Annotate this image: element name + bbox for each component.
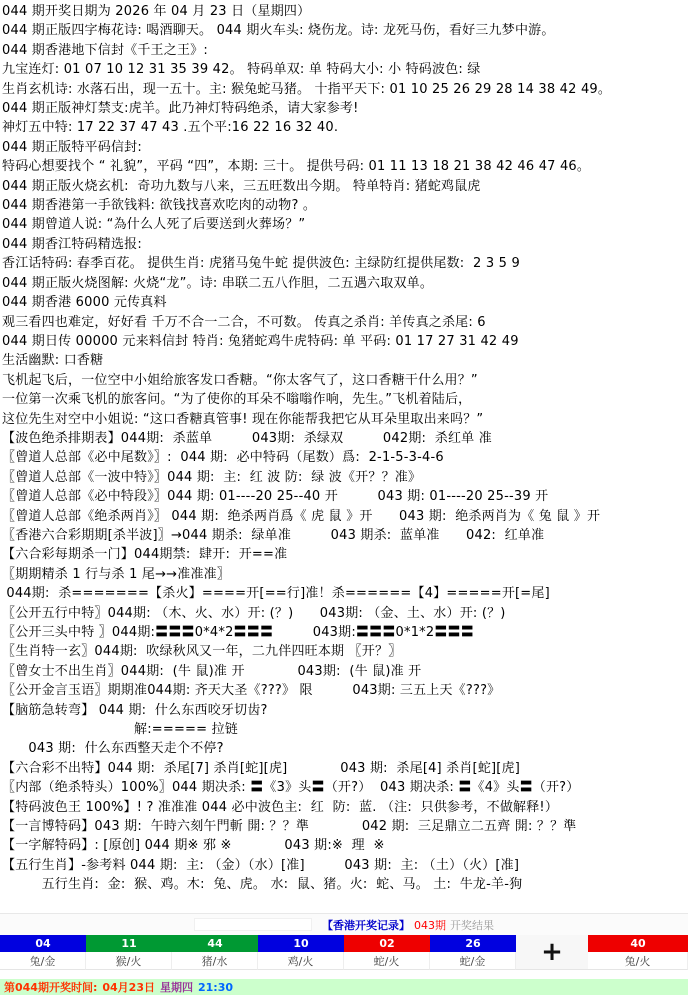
text-line: 044 期正版火烧玄机: 奇功九数与八来，三五旺数出今期。 特单特肖: 猪蛇鸡鼠…: [2, 177, 688, 196]
text-line: 一位第一次乘飞机的旅客问。“为了使你的耳朵不嗡嗡作响，先生。”飞机着陆后，: [2, 390, 688, 409]
text-line: 044 期曾道人说: “為什么人死了后要送到火葬场？”: [2, 215, 688, 234]
text-line: 〖内部（绝杀特头）100%〗044 期决杀: 〓《3》头〓（开?） 043 期决…: [2, 778, 688, 797]
text-line: 香江话特码: 春季百花。 提供生肖: 虎猪马兔牛蛇 提供波色: 主绿防红提供尾数…: [2, 254, 688, 273]
text-line: 〖曾道人总部《一波中特》〗044 期: 主: 红 波 防: 绿 波《开？？准》: [2, 468, 688, 487]
text-line: 〖曾道人总部《必中尾数》〗: 044 期: 必中特码（尾数）爲: 2-1-5-3…: [2, 448, 688, 467]
text-line: 〖曾道人总部《绝杀两肖》〗 044 期: 绝杀两肖爲《 虎 鼠 》开 043 期…: [2, 507, 688, 526]
text-line: 044期: 杀=======【杀火】====开[==行]准！杀======【4】…: [2, 584, 688, 603]
ball-number: 10: [258, 935, 344, 952]
status-bar: 第044期开奖时间: 04月23日 星期四 21:30: [0, 978, 688, 995]
ball-label: 蛇/金: [430, 952, 516, 970]
text-line: 五行生肖: 金: 猴、鸡。木: 兔、虎。 水: 鼠、猪。火: 蛇、马。 土: 牛…: [2, 875, 688, 894]
text-line: 【一字解特码】: [原创] 044 期※ 邪 ※ 043 期:※ 理 ※: [2, 836, 688, 855]
special-ball: 40兔/火: [588, 935, 688, 970]
blank-box: [194, 918, 312, 931]
text-line: 观三看四也难定，好好看 千万不合一二合，不可数。 传真之杀肖: 羊传真之杀尾: …: [2, 313, 688, 332]
ball-label: 鸡/火: [258, 952, 344, 970]
text-line: 【特码波色王 100%】! ? 准准准 044 必中波色主: 红 防: 蓝. （…: [2, 798, 688, 817]
text-block: 044 期开奖日期为 2026 年 04 月 23 日（星期四）044 期正版四…: [2, 2, 688, 895]
text-line: 043 期: 什么东西整天走个不停?: [2, 739, 688, 758]
text-line: 九宝连灯: 01 07 10 12 31 35 39 42。 特码单双: 单 特…: [2, 60, 688, 79]
draw-record-widget: 【香港开奖记录】 043期 开奖结果 04兔/金11猴/火44猪/水10鸡/火0…: [0, 913, 688, 970]
text-line: 〖公开五行中特〗044期: （木、火、水）开: (？) 043期: （金、土、水…: [2, 604, 688, 623]
text-line: 〖香港六合彩期期[杀半波]〗→044 期杀: 绿单准 043 期杀: 蓝单准 0…: [2, 526, 688, 545]
text-line: 【一言博特码】043 期: 午時六刻午門斬 開: ？？準 042 期: 三足鼎立…: [2, 817, 688, 836]
record-title-link[interactable]: 【香港开奖记录】: [322, 917, 410, 933]
text-line: 044 期香港第一手欲钱料: 欲钱找喜欢吃肉的动物? 。: [2, 196, 688, 215]
text-line: 044 期开奖日期为 2026 年 04 月 23 日（星期四）: [2, 2, 688, 21]
text-line: 这位先生对空中小姐说: “这口香糖真管事! 现在你能帮我把它从耳朵里取出来吗？”: [2, 410, 688, 429]
text-line: 【六合彩每期杀一门】044期禁: 肆开: 开==准: [2, 545, 688, 564]
ball-number: 04: [0, 935, 86, 952]
ball-number: 11: [86, 935, 172, 952]
ball-label: 猪/水: [172, 952, 258, 970]
draw-record-header: 【香港开奖记录】 043期 开奖结果: [0, 913, 688, 935]
lottery-tips-page: 044 期开奖日期为 2026 年 04 月 23 日（星期四）044 期正版四…: [0, 0, 688, 995]
result-ball: 44猪/水: [172, 935, 258, 970]
draw-time-label: 第044期开奖时间:: [4, 979, 97, 995]
record-issue: 043期: [414, 917, 446, 933]
ball-label: 蛇/火: [344, 952, 430, 970]
draw-date: 04月23日: [102, 979, 155, 995]
ball-number: 26: [430, 935, 516, 952]
results-row: 04兔/金11猴/火44猪/水10鸡/火02蛇/火26蛇/金+40兔/火: [0, 935, 688, 970]
ball-number: 44: [172, 935, 258, 952]
result-ball: 11猴/火: [86, 935, 172, 970]
text-line: 044 期香港 6000 元传真料: [2, 293, 688, 312]
ball-label: 猴/火: [86, 952, 172, 970]
result-ball: 26蛇/金: [430, 935, 516, 970]
record-result-label: 开奖结果: [450, 917, 494, 933]
text-line: 【脑筋急转弯】 044 期: 什么东西咬牙切齿?: [2, 701, 688, 720]
text-line: 【六合彩不出特】044 期: 杀尾[7] 杀肖[蛇][虎] 043 期: 杀尾[…: [2, 759, 688, 778]
text-line: 特码心想要找个 “ 礼貌”，平码 “四”，本期: 三十。 提供号码: 01 11…: [2, 157, 688, 176]
text-line: 044 期正版四字梅花诗: 喝酒聊天。 044 期火车头: 烧伤龙。诗: 龙死马…: [2, 21, 688, 40]
result-ball: 02蛇/火: [344, 935, 430, 970]
text-line: 〖公开金言玉语〗期期准044期: 齐天大圣《???》 限 043期: 三五上天《…: [2, 681, 688, 700]
text-line: 044 期正版火烧图解: 火烧“龙”。诗: 串联二五八作胆，二五遇六取双单。: [2, 274, 688, 293]
text-line: 【波色绝杀排期表】044期: 杀蓝单 043期: 杀绿双 042期: 杀红单 准: [2, 429, 688, 448]
text-line: 生活幽默: 口香糖: [2, 351, 688, 370]
text-line: 神灯五中特: 17 22 37 47 43 .五个平:16 22 16 32 4…: [2, 118, 688, 137]
text-line: 〖曾女士不出生肖〗044期: (牛 鼠)准 开 043期: (牛 鼠)准 开: [2, 662, 688, 681]
text-line: 044 期正版特平码信封:: [2, 138, 688, 157]
ball-number: 40: [588, 935, 688, 952]
text-line: 〖公开三头中特 〗044期:〓〓〓0*4*2〓〓〓 043期:〓〓〓0*1*2〓…: [2, 623, 688, 642]
text-line: 044 期日传 00000 元来料信封 特肖: 兔猪蛇鸡牛虎特码: 单 平码: …: [2, 332, 688, 351]
text-line: 生肖玄机诗: 水落石出，现一五十。主: 猴兔蛇马猪。 十指平天下: 01 10 …: [2, 80, 688, 99]
text-line: 〖期期精杀 1 行与杀 1 尾→→准准准〗: [2, 565, 688, 584]
text-line: 【五行生肖】-参考料 044 期: 主: （金）（水）[准] 043 期: 主:…: [2, 856, 688, 875]
ball-number: 02: [344, 935, 430, 952]
draw-weekday: 星期四: [160, 979, 193, 995]
result-ball: 10鸡/火: [258, 935, 344, 970]
draw-clock: 21:30: [198, 981, 233, 994]
text-line: 044 期香江特码精选报:: [2, 235, 688, 254]
text-line: 〖生肖特一玄〗044期: 吹绿秋风又一年，二九伴四旺本期 〖开？〗: [2, 642, 688, 661]
text-line: 飞机起飞后，一位空中小姐给旅客发口香糖。“你太客气了，这口香糖干什么用？”: [2, 371, 688, 390]
plus-sign: +: [516, 935, 588, 970]
result-ball: 04兔/金: [0, 935, 86, 970]
text-line: 044 期正版神灯禁支:虎羊。此乃神灯特码绝杀，请大家参考!: [2, 99, 688, 118]
text-line: 解:===== 拉链: [2, 720, 688, 739]
text-line: 〖曾道人总部《必中特段》〗044 期: 01----20 25--40 开 04…: [2, 487, 688, 506]
text-line: 044 期香港地下信封《千王之王》:: [2, 41, 688, 60]
ball-label: 兔/金: [0, 952, 86, 970]
ball-label: 兔/火: [588, 952, 688, 970]
